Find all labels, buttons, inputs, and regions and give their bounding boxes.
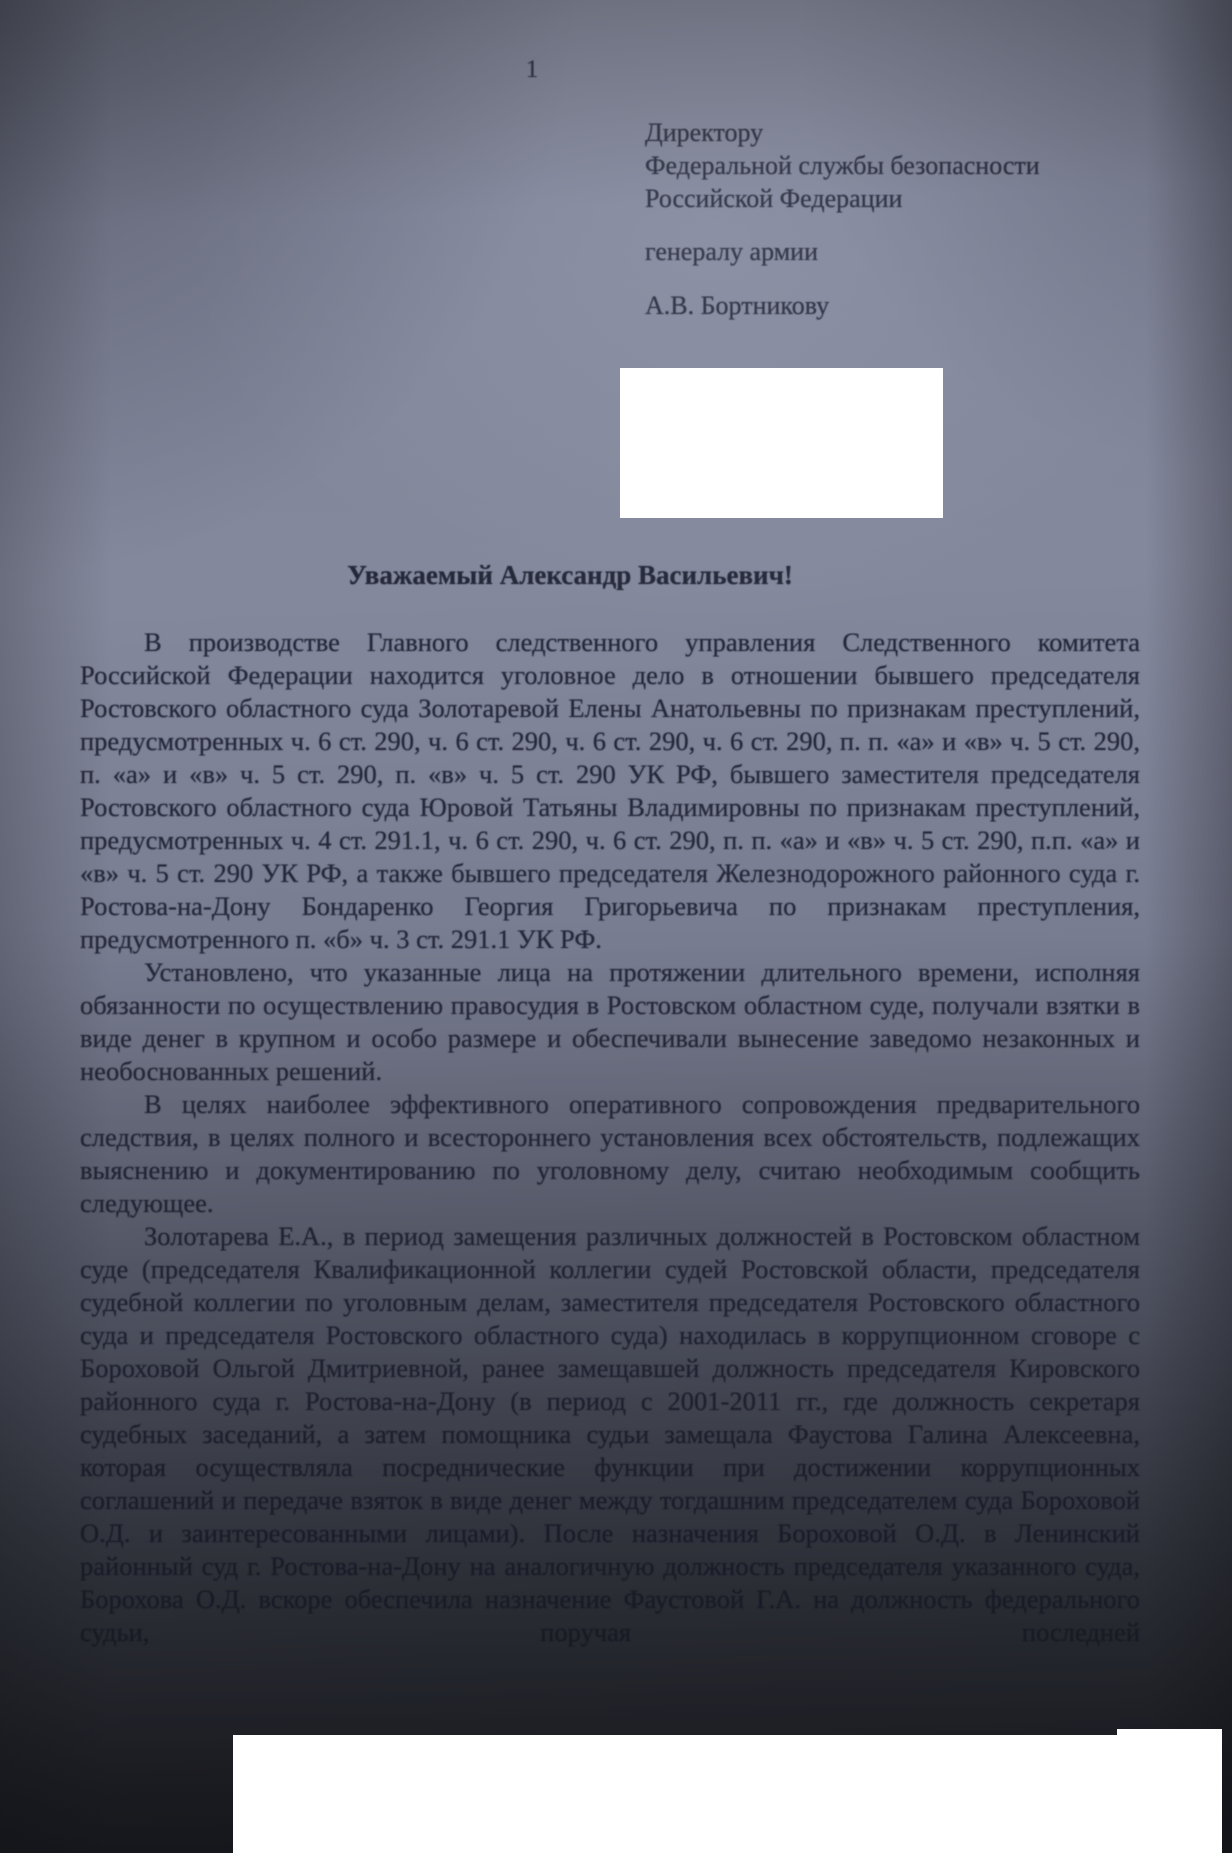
recipient-line-2: Федеральной службы безопасности — [645, 149, 1205, 182]
letter-photo: 1 Директору Федеральной службы безопасно… — [0, 0, 1232, 1853]
recipient-rank: генералу армии — [645, 235, 1205, 268]
redaction-block-top — [620, 368, 943, 518]
recipient-address-block: Директору Федеральной службы безопасност… — [645, 116, 1205, 322]
letter-content: 1 Директору Федеральной службы безопасно… — [0, 0, 1232, 1853]
recipient-name: А.В. Бортникову — [645, 289, 1205, 322]
recipient-line-3: Российской Федерации — [645, 182, 1205, 215]
paragraph-case-overview: В производстве Главного следственного уп… — [80, 626, 1140, 956]
paragraph-purpose: В целях наиболее эффективного оперативно… — [80, 1088, 1140, 1220]
redaction-block-bottom-right — [1117, 1729, 1222, 1853]
paragraph-zolotareva-details: Золотарева Е.А., в период замещения разл… — [80, 1220, 1140, 1649]
letter-body: В производстве Главного следственного уп… — [80, 626, 1140, 1649]
redaction-block-bottom — [233, 1735, 1222, 1853]
paragraph-findings: Установлено, что указанные лица на протя… — [80, 956, 1140, 1088]
salutation-line: Уважаемый Александр Васильевич! — [40, 560, 1100, 591]
page-number: 1 — [512, 56, 552, 84]
recipient-line-1: Директору — [645, 116, 1205, 149]
